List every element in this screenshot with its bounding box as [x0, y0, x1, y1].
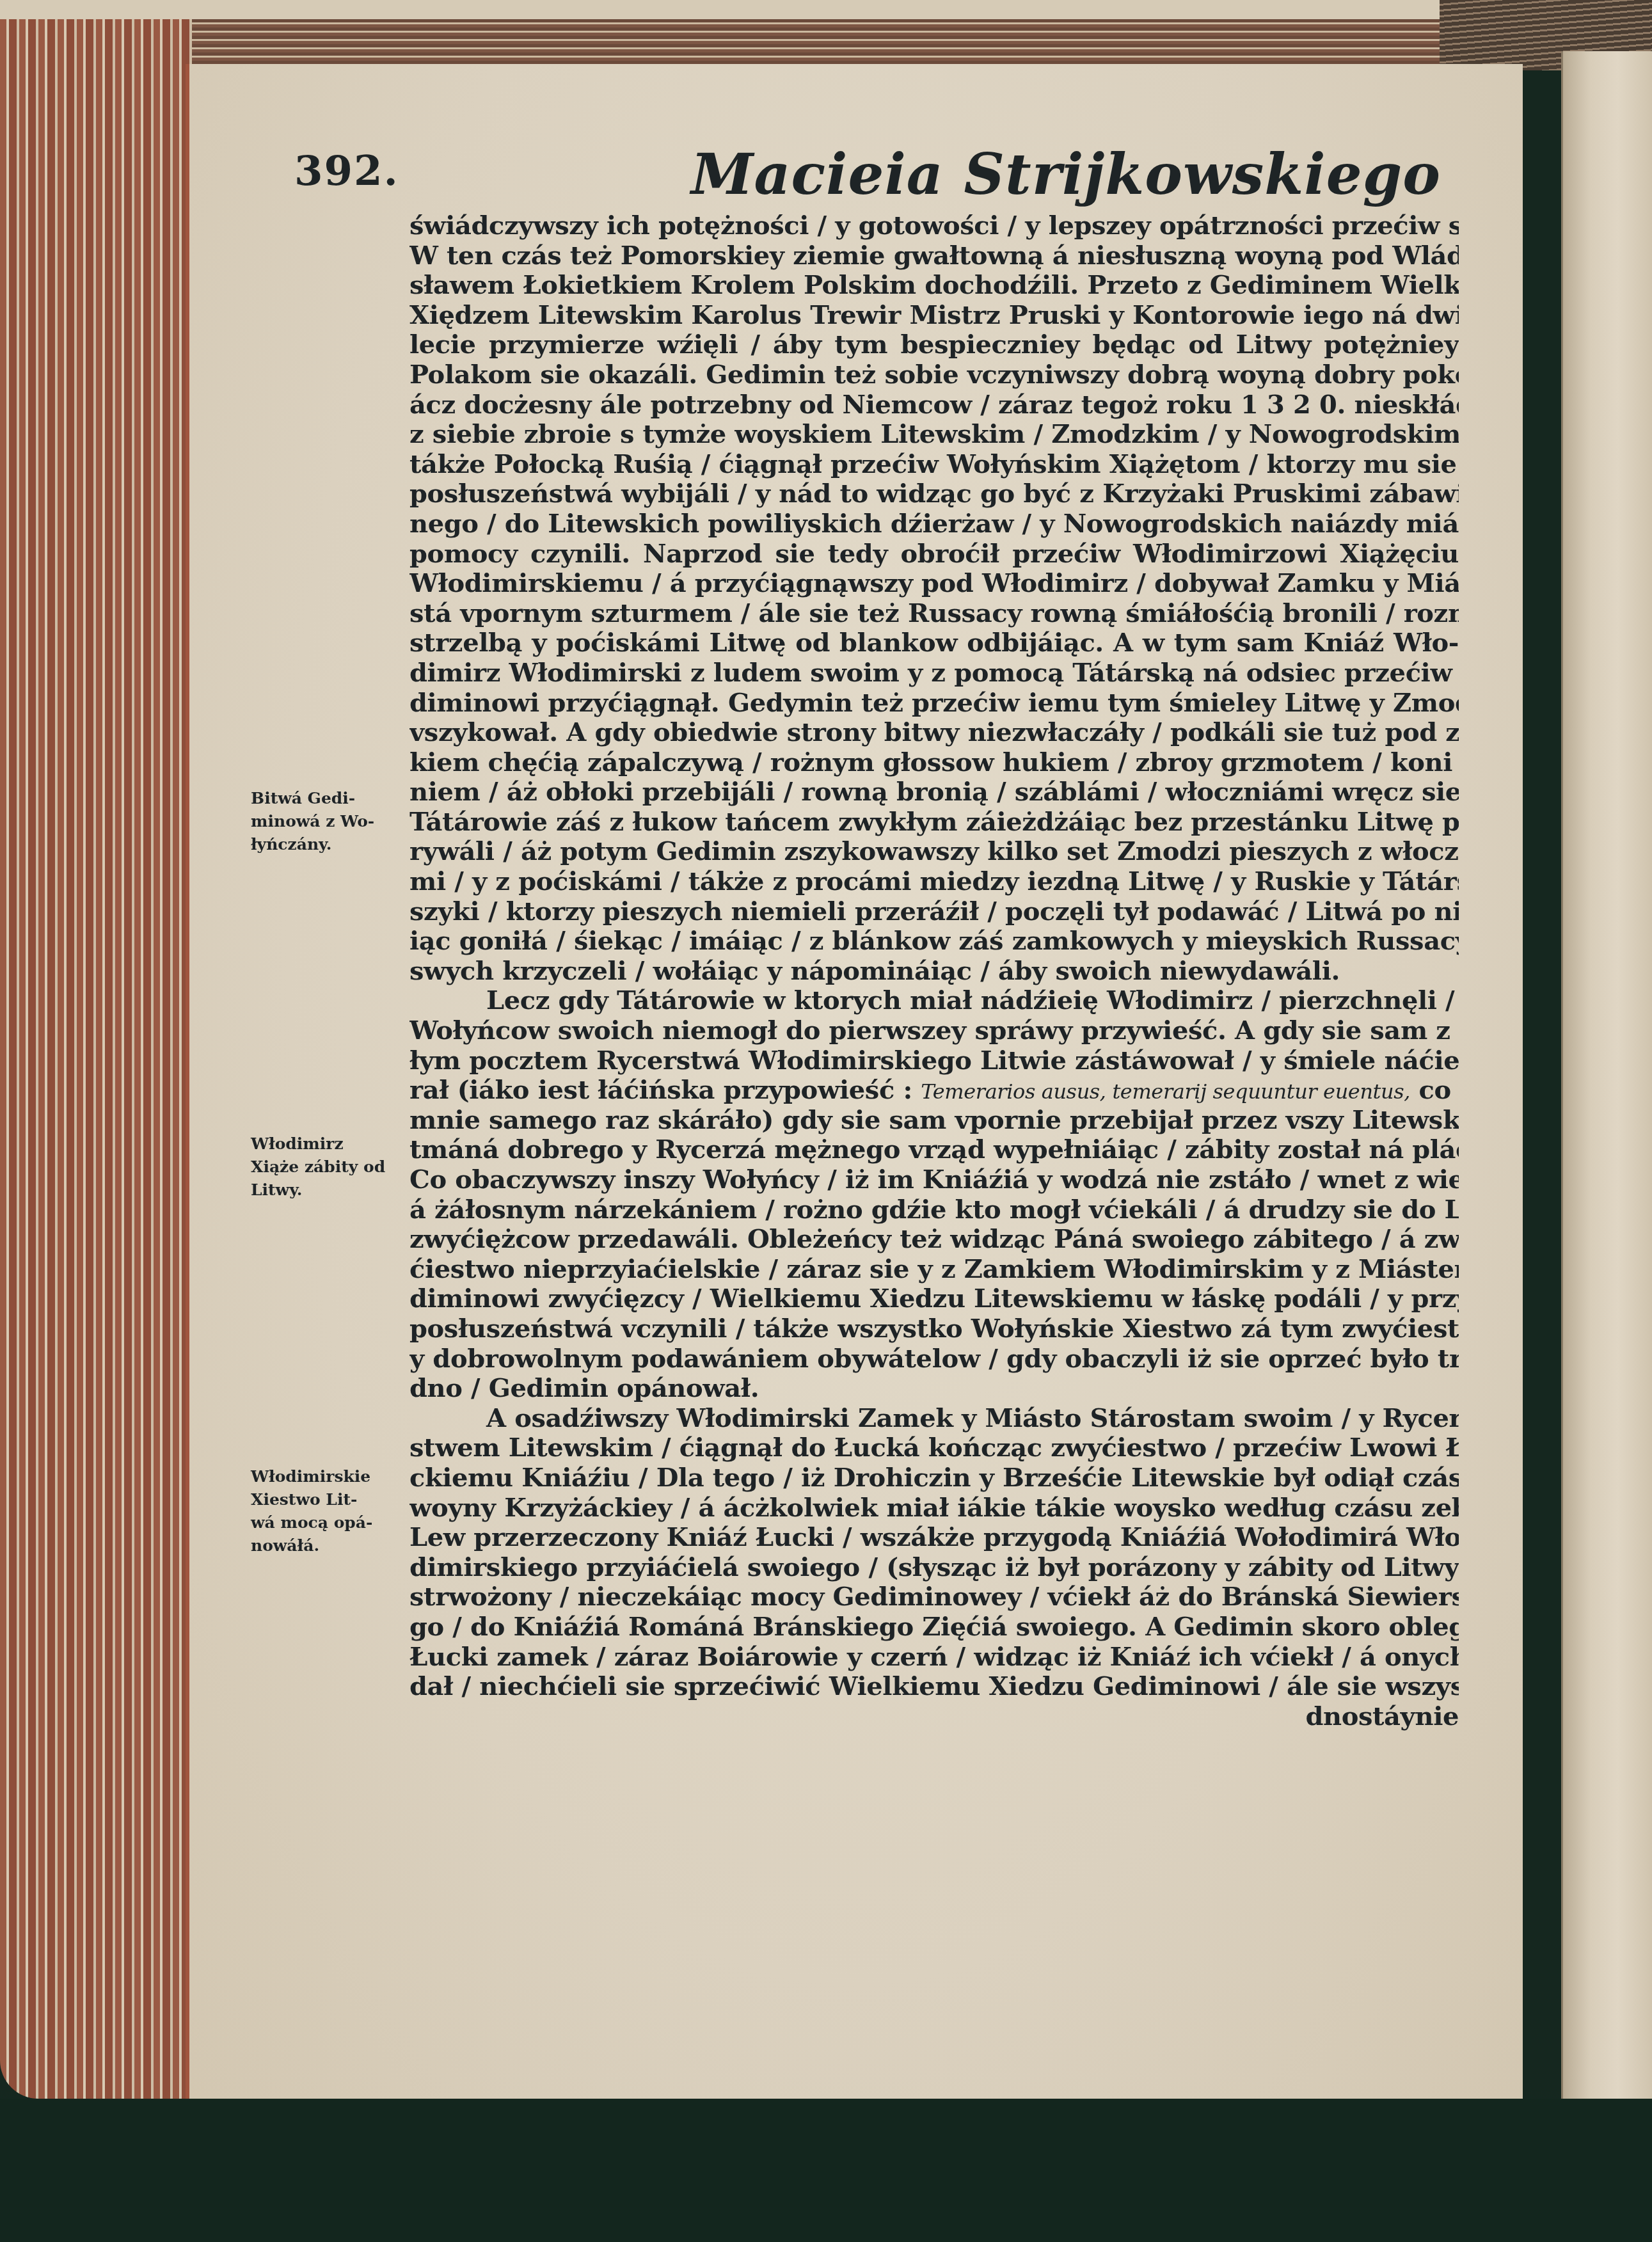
text-line: ckiemu Kniáźiu / Dla tego / iż Drohiczin… — [409, 1463, 1459, 1493]
text-line: rał (iáko iest łáćińska przypowieść : Te… — [409, 1076, 1459, 1106]
margin-note-line: Włodimirskie — [251, 1465, 404, 1488]
text-line: Polakom sie okazáli. Gedimin też sobie v… — [409, 360, 1459, 390]
margin-note-line: Bitwá Gedi- — [251, 787, 404, 810]
text-line: pomocy czynili. Naprzod sie tedy obroćił… — [409, 539, 1459, 569]
text-line: z siebie zbroie s tymże woyskiem Litewsk… — [409, 420, 1459, 450]
page-number: 392. — [294, 147, 399, 195]
text-line: Włodimirskiemu / á przyćiągnąwszy pod Wł… — [409, 569, 1459, 599]
page-header: 392. Macieia Strijkowskiego — [294, 141, 1459, 218]
text-line: rywáli / áż potym Gedimin zszykowawszy k… — [409, 837, 1459, 867]
background-bottom — [0, 2099, 1652, 2242]
text-line: dał / niechćieli sie sprzećiwić Wielkiem… — [409, 1672, 1459, 1702]
margin-note-line: wá mocą opá- — [251, 1511, 404, 1534]
text-line: stá vpornym szturmem / ále sie też Russa… — [409, 599, 1459, 629]
text-line: niem / áż obłoki przebijáli / rowną bron… — [409, 777, 1459, 807]
text-line: W ten czás też Pomorskiey ziemie gwałtow… — [409, 241, 1459, 271]
text-line: posłuszeństwá vczynili / tákże wszystko … — [409, 1314, 1459, 1344]
text-line: Tátárowie záś z łukow tańcem zwykłym zái… — [409, 807, 1459, 838]
margin-note-line: Włodimirz — [251, 1133, 404, 1156]
text-line: kiem chęćią zápalczywą / rożnym głossow … — [409, 748, 1459, 778]
text-line: Co obaczywszy inszy Wołyńcy / iż im Kniá… — [409, 1165, 1459, 1195]
text-line: nego / do Litewskich powiliyskich dźierż… — [409, 509, 1459, 539]
text-line: Łucki zamek / záraz Boiárowie y czerń / … — [409, 1642, 1459, 1673]
text-line: swych krzyczeli / wołáiąc y nápomináiąc … — [409, 957, 1459, 987]
text-line: diminowi zwyćięzcy / Wielkiemu Xiedzu Li… — [409, 1284, 1459, 1314]
page-edge-rule — [186, 64, 189, 2111]
margin-note-duchy-conquered: Włodimirskie Xiestwo Lit- wá mocą opá- n… — [251, 1465, 404, 1557]
text-line: łym pocztem Rycerstwá Włodimirskiego Lit… — [409, 1046, 1459, 1076]
book-gutter — [1561, 51, 1652, 2099]
text-line: vszykował. A gdy obiedwie strony bitwy n… — [409, 718, 1459, 748]
text-line: go / do Kniáźiá Románá Bránskiego Zięćiá… — [409, 1612, 1459, 1642]
text-line: lecie przymierze wźięli / áby tym bespie… — [409, 330, 1459, 360]
text-line: posłuszeństwá wybijáli / y nád to widząc… — [409, 479, 1459, 509]
text-line: Lew przerzeczony Kniáź Łucki / wszákże p… — [409, 1523, 1459, 1553]
latin-quote: Temerarios ausus, temerarij sequuntur eu… — [921, 1079, 1410, 1104]
text-line: Xiędzem Litewskim Karolus Trewir Mistrz … — [409, 301, 1459, 331]
margin-note-battle: Bitwá Gedi- minowá z Wo- łyńczány. — [251, 787, 404, 856]
text-line: á żáłosnym nárzekániem / rożno gdźie kto… — [409, 1195, 1459, 1225]
text-line: woyny Krzyżáckiey / á ácżkolwiek miał iá… — [409, 1493, 1459, 1523]
margin-note-line: minowá z Wo- — [251, 810, 404, 833]
text-line: iąc goniłá / śiekąc / imáiąc / z blánkow… — [409, 926, 1459, 957]
margin-note-wlodimirz-killed: Włodimirz Xiąże zábity od Litwy. — [251, 1133, 404, 1202]
text-line: sławem Łokietkiem Krolem Polskim dochodź… — [409, 271, 1459, 301]
text-line: mi / y z poćiskámi / tákże z procámi mie… — [409, 867, 1459, 897]
text-line: zwyćiężcow przedawáli. Obleżeńcy też wid… — [409, 1225, 1459, 1255]
running-head: Macieia Strijkowskiego — [691, 141, 1441, 207]
text-line: ćiestwo nieprzyiaćielskie / záraz sie y … — [409, 1255, 1459, 1285]
text-line: strwożony / nieczekáiąc mocy Gediminowey… — [409, 1582, 1459, 1612]
page-stack-left-edge — [0, 19, 192, 2099]
background-top — [0, 0, 1652, 19]
text-line: tmáná dobrego y Rycerzá mężnego vrząd wy… — [409, 1135, 1459, 1165]
text-line: Wołyńcow swoich niemogł do pierwszey spr… — [409, 1016, 1459, 1046]
text-line: A osadźiwszy Włodimirski Zamek y Miásto … — [409, 1404, 1459, 1434]
margin-note-line: łyńczány. — [251, 833, 404, 856]
text-line: ácz docżesny ále potrzebny od Niemcow / … — [409, 390, 1459, 420]
text-line: dnostáynie — [409, 1702, 1459, 1732]
text-line: świádczywszy ich potężności / y gotowośc… — [409, 211, 1459, 241]
margin-note-line: Xiąże zábity od — [251, 1156, 404, 1179]
body-text: świádczywszy ich potężności / y gotowośc… — [409, 211, 1459, 1731]
text-line: tákże Połocką Ruśią / ćiągnął przećiw Wo… — [409, 450, 1459, 480]
margin-note-line: nowáłá. — [251, 1534, 404, 1557]
text-line: diminowi przyćiągnął. Gedymin też przeći… — [409, 688, 1459, 719]
page-stack-top-edge — [0, 19, 1652, 67]
text-line: stwem Litewskim / ćiągnął do Łucká kończ… — [409, 1433, 1459, 1463]
text-line: szyki / ktorzy pieszych niemieli przeráź… — [409, 897, 1459, 927]
text-line: y dobrowolnym podawániem obywátelow / gd… — [409, 1344, 1459, 1374]
margin-note-line: Litwy. — [251, 1179, 404, 1202]
text-line: dimirz Włodimirski z ludem swoim y z pom… — [409, 658, 1459, 688]
text-line: mnie samego raz skáráło) gdy sie sam vpo… — [409, 1106, 1459, 1136]
text-line: dno / Gedimin opánował. — [409, 1374, 1459, 1404]
text-line: strzelbą y poćiskámi Litwę od blankow od… — [409, 628, 1459, 658]
text-line: dimirskiego przyiáćielá swoiego / (słysz… — [409, 1553, 1459, 1583]
text-line: Lecz gdy Tátárowie w ktorych miał nádźie… — [409, 986, 1459, 1016]
margin-note-line: Xiestwo Lit- — [251, 1488, 404, 1511]
